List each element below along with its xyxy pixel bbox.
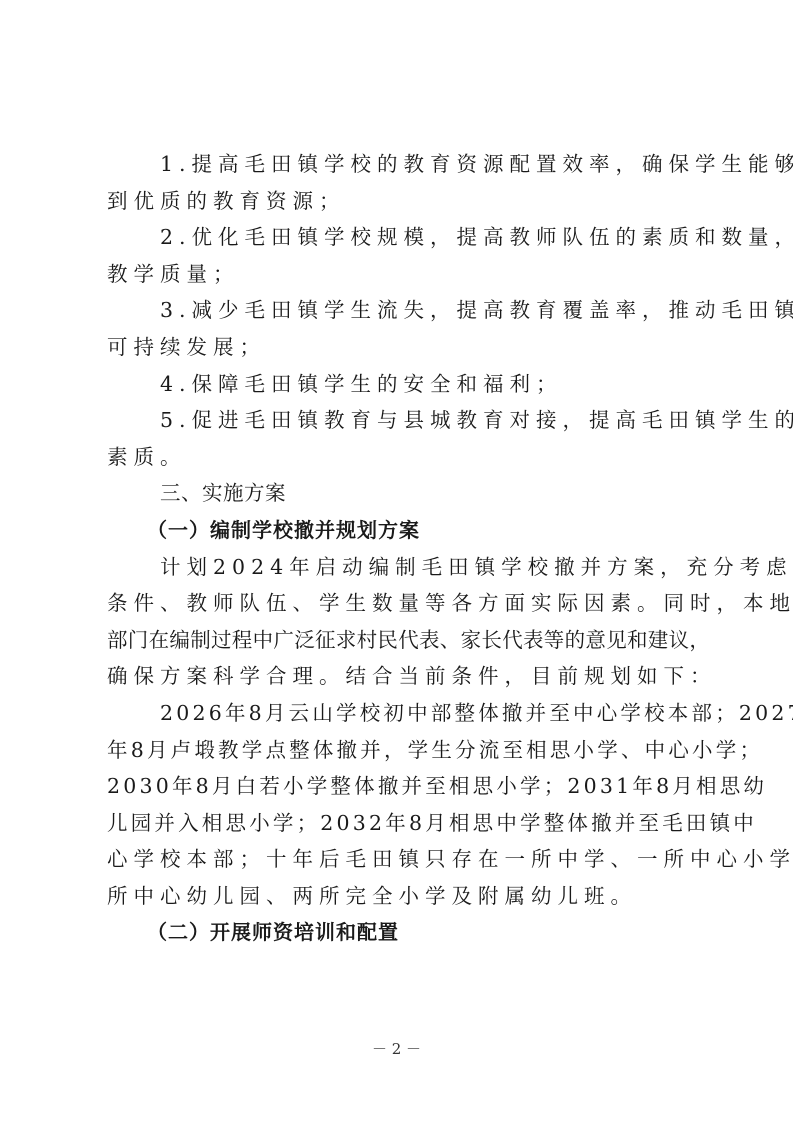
list-item-4-line-1: 4.保障毛田镇学生的安全和福利； bbox=[107, 366, 693, 403]
document-body: 1.提高毛田镇学校的教育资源配置效率，确保学生能够享受 到优质的教育资源； 2.… bbox=[107, 146, 693, 951]
list-item-3-line-2: 可持续发展； bbox=[107, 329, 693, 366]
list-item-5-line-1: 5.促进毛田镇教育与县城教育对接，提高毛田镇学生的综合 bbox=[107, 402, 693, 439]
document-page: 1.提高毛田镇学校的教育资源配置效率，确保学生能够享受 到优质的教育资源； 2.… bbox=[0, 0, 793, 1122]
list-item-2-line-1: 2.优化毛田镇学校规模，提高教师队伍的素质和数量，提升 bbox=[107, 219, 693, 256]
schedule-paragraph-line-2: 年8月卢塅教学点整体撤并，学生分流至相思小学、中心小学； bbox=[107, 732, 693, 769]
schedule-paragraph-line-3: 2030年8月白若小学整体撤并至相思小学；2031年8月相思幼 bbox=[107, 768, 693, 805]
schedule-paragraph-line-4: 儿园并入相思小学；2032年8月相思中学整体撤并至毛田镇中 bbox=[107, 805, 693, 842]
plan-paragraph-line-2: 条件、教师队伍、学生数量等各方面实际因素。同时，本地教育 bbox=[107, 585, 693, 622]
plan-paragraph-line-1: 计划2024年启动编制毛田镇学校撤并方案，充分考虑校舍 bbox=[107, 549, 693, 586]
plan-paragraph-line-3: 部门在编制过程中广泛征求村民代表、家长代表等的意见和建议， bbox=[107, 622, 693, 659]
page-number: － 2 － bbox=[0, 1038, 793, 1059]
schedule-paragraph-line-5: 心学校本部；十年后毛田镇只存在一所中学、一所中心小学、一 bbox=[107, 841, 693, 878]
section-heading: 三、实施方案 bbox=[107, 475, 693, 512]
list-item-1-line-1: 1.提高毛田镇学校的教育资源配置效率，确保学生能够享受 bbox=[107, 146, 693, 183]
plan-paragraph-line-4: 确保方案科学合理。结合当前条件，目前规划如下： bbox=[107, 658, 693, 695]
list-item-2-line-2: 教学质量； bbox=[107, 256, 693, 293]
schedule-paragraph-line-6: 所中心幼儿园、两所完全小学及附属幼儿班。 bbox=[107, 878, 693, 915]
list-item-5-line-2: 素质。 bbox=[107, 439, 693, 476]
list-item-3-line-1: 3.减少毛田镇学生流失，提高教育覆盖率，推动毛田镇教育 bbox=[107, 292, 693, 329]
schedule-paragraph-line-1: 2026年8月云山学校初中部整体撤并至中心学校本部；2027 bbox=[107, 695, 693, 732]
list-item-1-line-2: 到优质的教育资源； bbox=[107, 183, 693, 220]
subsection-1-heading: （一）编制学校撤并规划方案 bbox=[107, 512, 693, 549]
subsection-2-heading: （二）开展师资培训和配置 bbox=[107, 914, 693, 951]
